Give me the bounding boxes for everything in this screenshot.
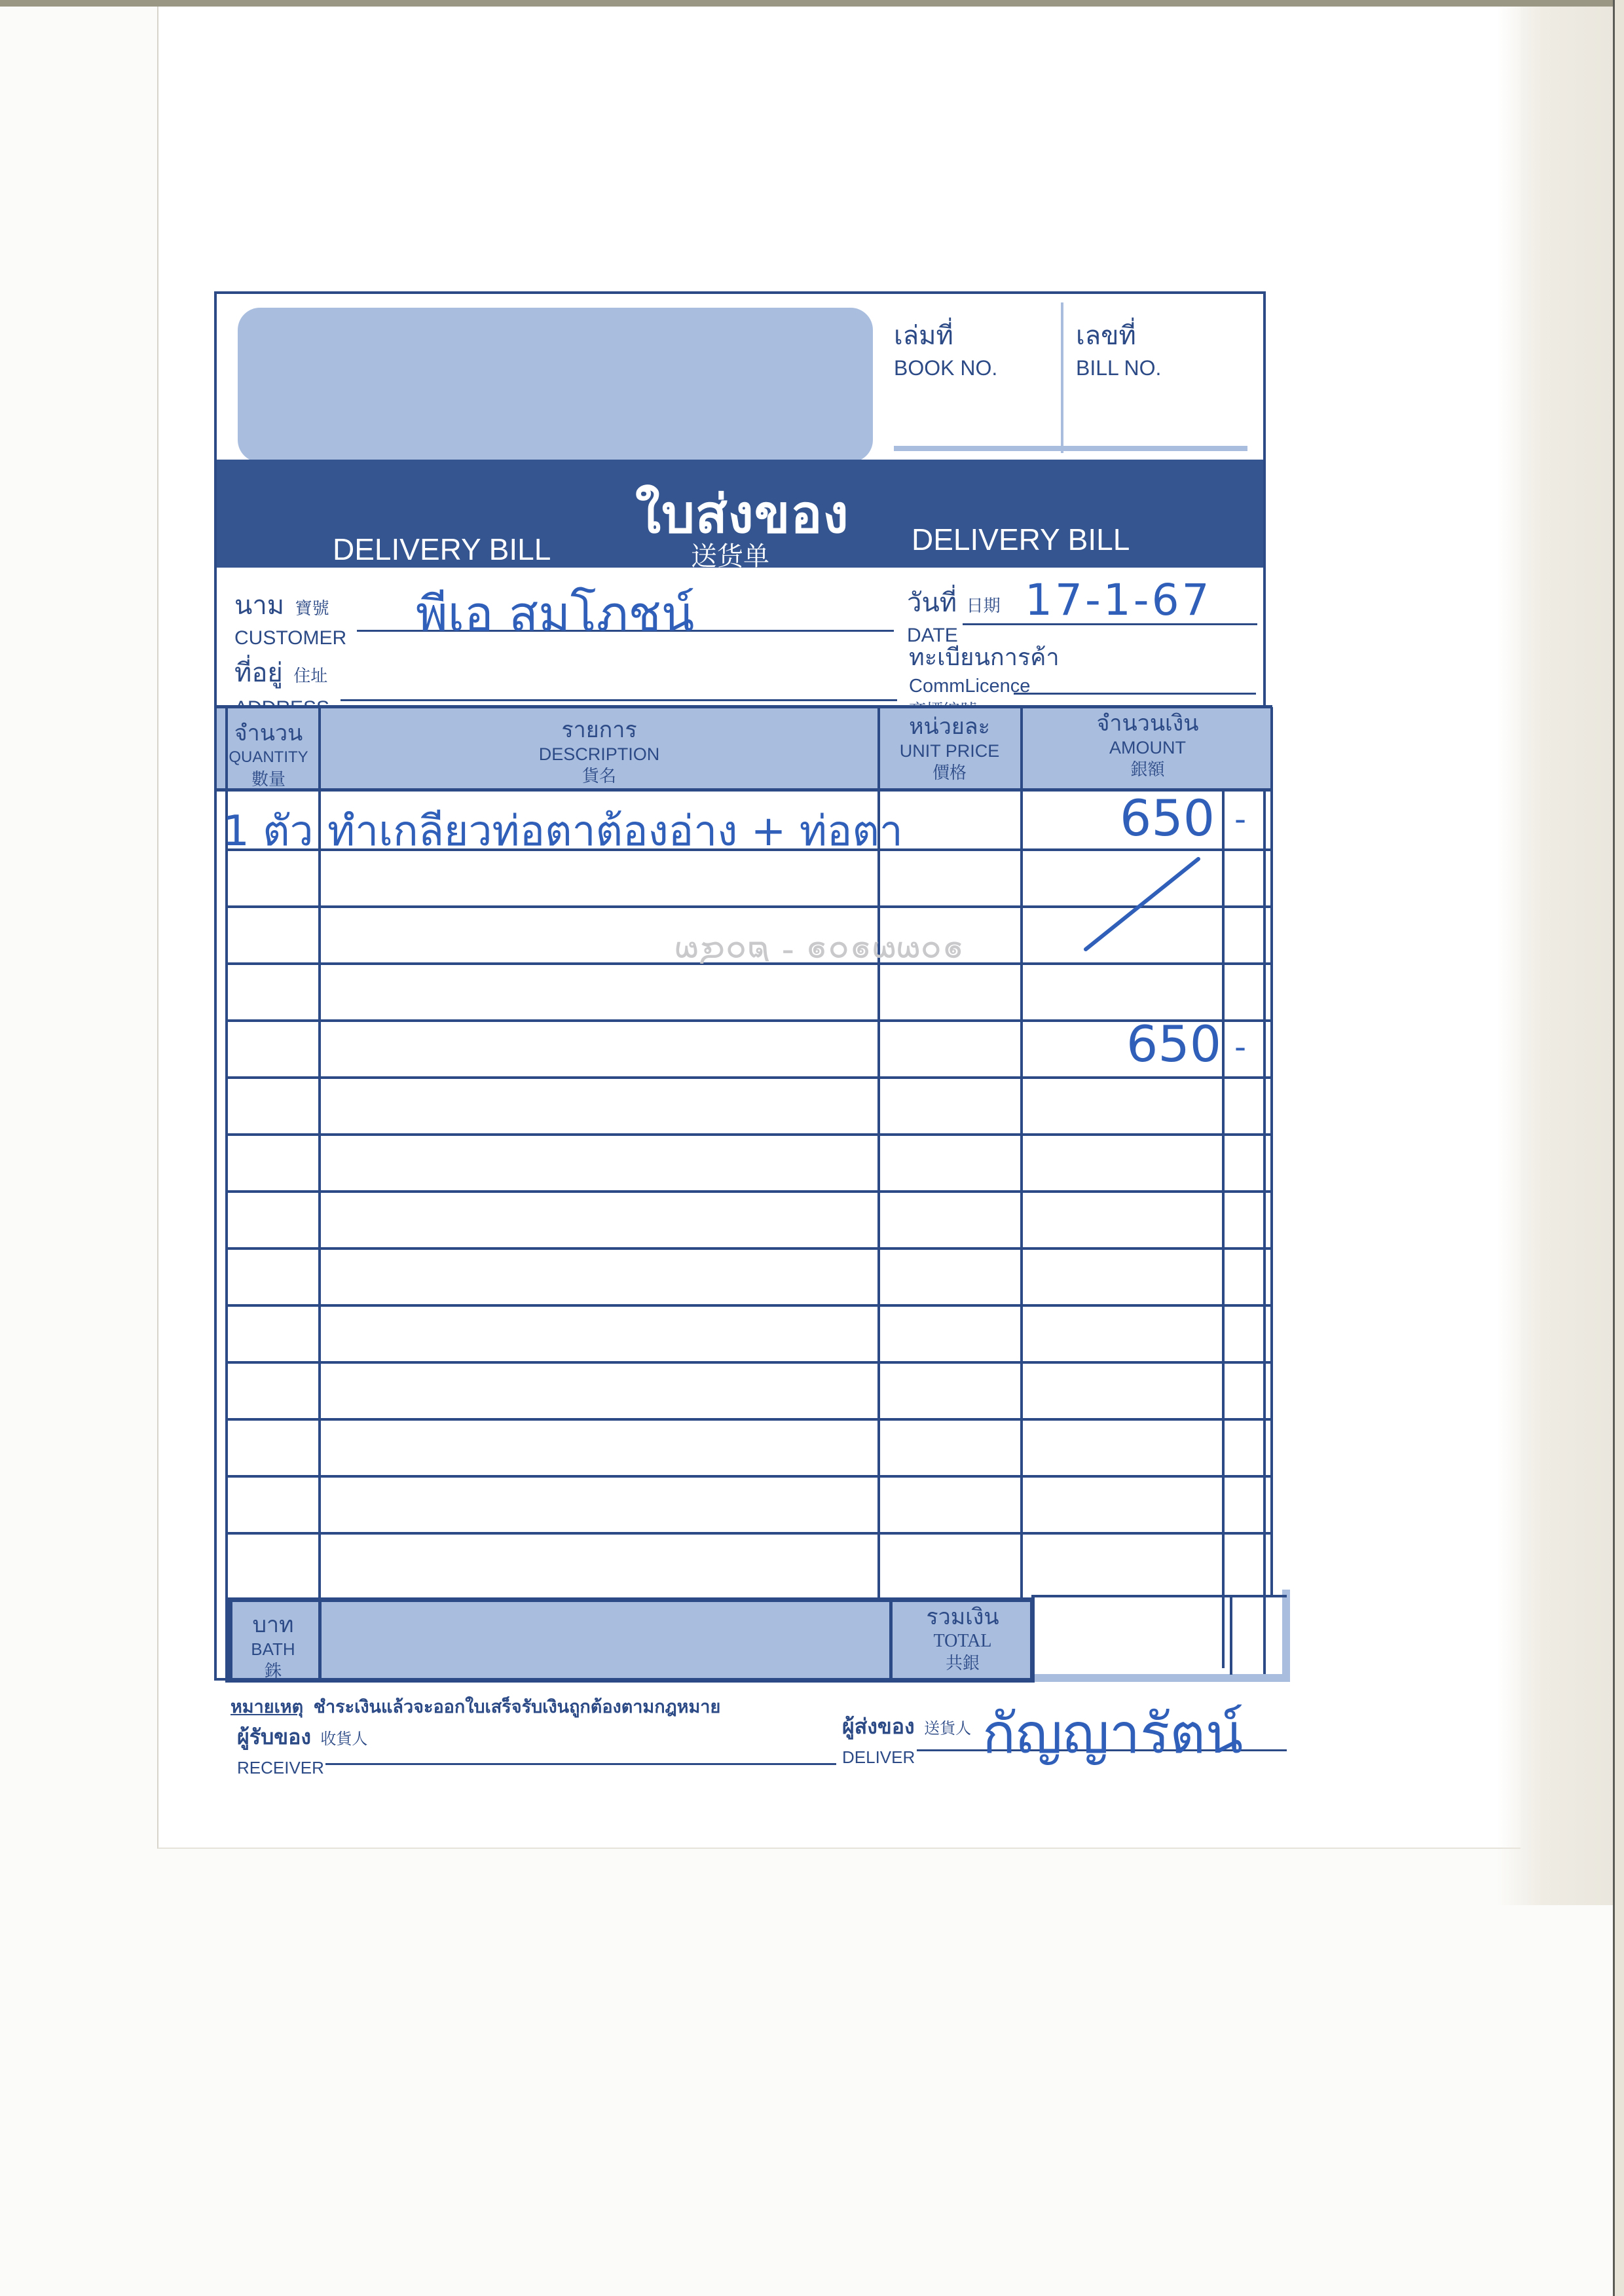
column-header-quantity: จำนวน QUANTITY 數量 [219,720,318,790]
total-label-en: TOTAL [894,1630,1031,1652]
date-label-cn: 日期 [967,596,1001,615]
date-label-th: วันที่ [907,589,957,617]
title-chinese: 送货单 [691,536,769,573]
grid-line-horizontal [225,1133,1273,1136]
total-label: รวมเงิน TOTAL 共銀 [894,1604,1031,1673]
book-no-label-en: BOOK NO. [894,356,997,380]
note: หมายเหตุ ชำระเงินแล้วจะออกใบเสร็จรับเงิน… [231,1692,720,1721]
description-header-th: รายการ [321,717,877,743]
receiver-label-cn: 收貨人 [320,1730,367,1748]
bill-no-label-en: BILL NO. [1076,356,1161,380]
receiver-label-th: ผู้รับของ [237,1725,311,1749]
book-no-label-th: เล่มที่ [894,314,997,356]
bill-no-label-th: เลขที่ [1076,314,1161,356]
scanner-edge-top [0,0,1624,7]
book-bill-underline [894,446,1247,451]
address-label-th: ที่อยู่ [234,659,283,687]
address-label-cn: 住址 [293,666,327,685]
grid-line-horizontal [225,1076,1273,1079]
grid-line-vertical [1270,707,1273,1597]
deliver-label: ผู้ส่งของ 送貨人 DELIVER [842,1710,971,1768]
row-1-quantity[interactable]: 1 ตัว [223,797,314,864]
bleed-through-text: ๑๐๓๓๑๐๑ - ๒๐๔๓ [674,926,965,983]
note-text: ชำระเงินแล้วจะออกใบเสร็จรับเงินถูกต้องตา… [314,1697,721,1717]
deliver-label-th: ผู้ส่งของ [842,1715,915,1738]
book-bill-divider [1061,302,1063,453]
total-shadow-vertical [1282,1590,1290,1681]
row-1-description[interactable]: ทำเกลียวท่อตาต้องอ่าง + ท่อตา [327,797,903,864]
total-top-line [1031,1595,1287,1597]
grid-line-horizontal [225,1304,1273,1307]
grid-line-horizontal [225,1532,1273,1535]
baht-label-th: บาท [231,1612,316,1638]
grid-line-horizontal [225,1019,1273,1022]
commlicence-underline [1014,693,1256,695]
strike-slash-mark [1074,851,1205,962]
amount-header-cn: 銀額 [1022,759,1274,780]
row-1-cents[interactable]: - [1234,800,1246,838]
amount-header-en: AMOUNT [1022,737,1274,759]
amount-header-th: จำนวนเงิน [1022,710,1274,737]
address-underline [341,699,897,701]
title-english-right: DELIVERY BILL [912,522,1130,557]
total-label-th: รวมเงิน [894,1604,1031,1630]
customer-label: นาม 寶號 CUSTOMER [234,584,346,649]
unit-price-header-cn: 價格 [877,762,1022,783]
receiver-label: ผู้รับของ 收貨人 RECEIVER [237,1721,367,1778]
receiver-underline [325,1763,836,1765]
bill-no-field[interactable]: เลขที่ BILL NO. [1076,314,1161,380]
grid-line-vertical [1020,707,1023,1597]
total-shadow [1035,1674,1290,1682]
baht-label-cn: 銖 [231,1660,316,1681]
customer-label-cn: 寶號 [295,598,329,618]
baht-label: บาท BATH 銖 [231,1612,316,1681]
quantity-header-cn: 數量 [219,769,318,790]
grid-line-horizontal [225,1418,1273,1421]
grid-line-vertical [1222,791,1225,1668]
row-5-amount[interactable]: 650 [1126,1015,1221,1073]
customer-label-en: CUSTOMER [234,627,346,649]
total-cents-divider [1230,1595,1232,1675]
paper-stain [1497,7,1615,1905]
title-english-left: DELIVERY BILL [333,532,551,567]
commlicence-label-th: ทะเบียนการค้า [909,638,1060,676]
row-1-amount[interactable]: 650 [1120,789,1215,847]
receiver-label-en: RECEIVER [237,1758,367,1778]
customer-label-th: นาม [234,591,284,620]
date-input[interactable]: 17-1-67 [1025,575,1212,625]
description-header-cn: 貨名 [321,765,877,786]
column-header-unit-price: หน่วยละ UNIT PRICE 價格 [877,714,1022,783]
scanner-edge-right [1613,0,1624,2296]
column-header-amount: จำนวนเงิน AMOUNT 銀額 [1022,710,1274,780]
baht-label-en: BATH [231,1638,316,1660]
date-label: วันที่ 日期 DATE [907,581,1001,647]
grid-line-horizontal [225,1247,1273,1250]
deliver-label-cn: 送貨人 [924,1720,971,1738]
grid-line-horizontal [225,1190,1273,1193]
row-5-cents[interactable]: - [1234,1028,1246,1066]
unit-price-header-th: หน่วยละ [877,714,1022,740]
column-header-description: รายการ DESCRIPTION 貨名 [321,717,877,786]
grid-line-horizontal [225,1475,1273,1478]
customer-input[interactable]: พีเอ สมโภชน์ [416,575,694,652]
deliver-signature-input[interactable]: กัญญารัตน์ [982,1689,1243,1777]
total-divider [318,1597,322,1683]
description-header-en: DESCRIPTION [321,743,877,765]
unit-price-header-en: UNIT PRICE [877,740,1022,762]
note-label: หมายเหตุ [231,1697,303,1717]
grid-line-horizontal [225,1361,1273,1364]
total-divider [889,1597,893,1683]
quantity-header-en: QUANTITY [219,746,318,769]
company-logo-area [238,308,873,462]
quantity-header-th: จำนวน [219,720,318,746]
grid-line-vertical [318,707,321,1683]
total-label-cn: 共銀 [894,1652,1031,1673]
book-no-field[interactable]: เล่มที่ BOOK NO. [894,314,997,380]
